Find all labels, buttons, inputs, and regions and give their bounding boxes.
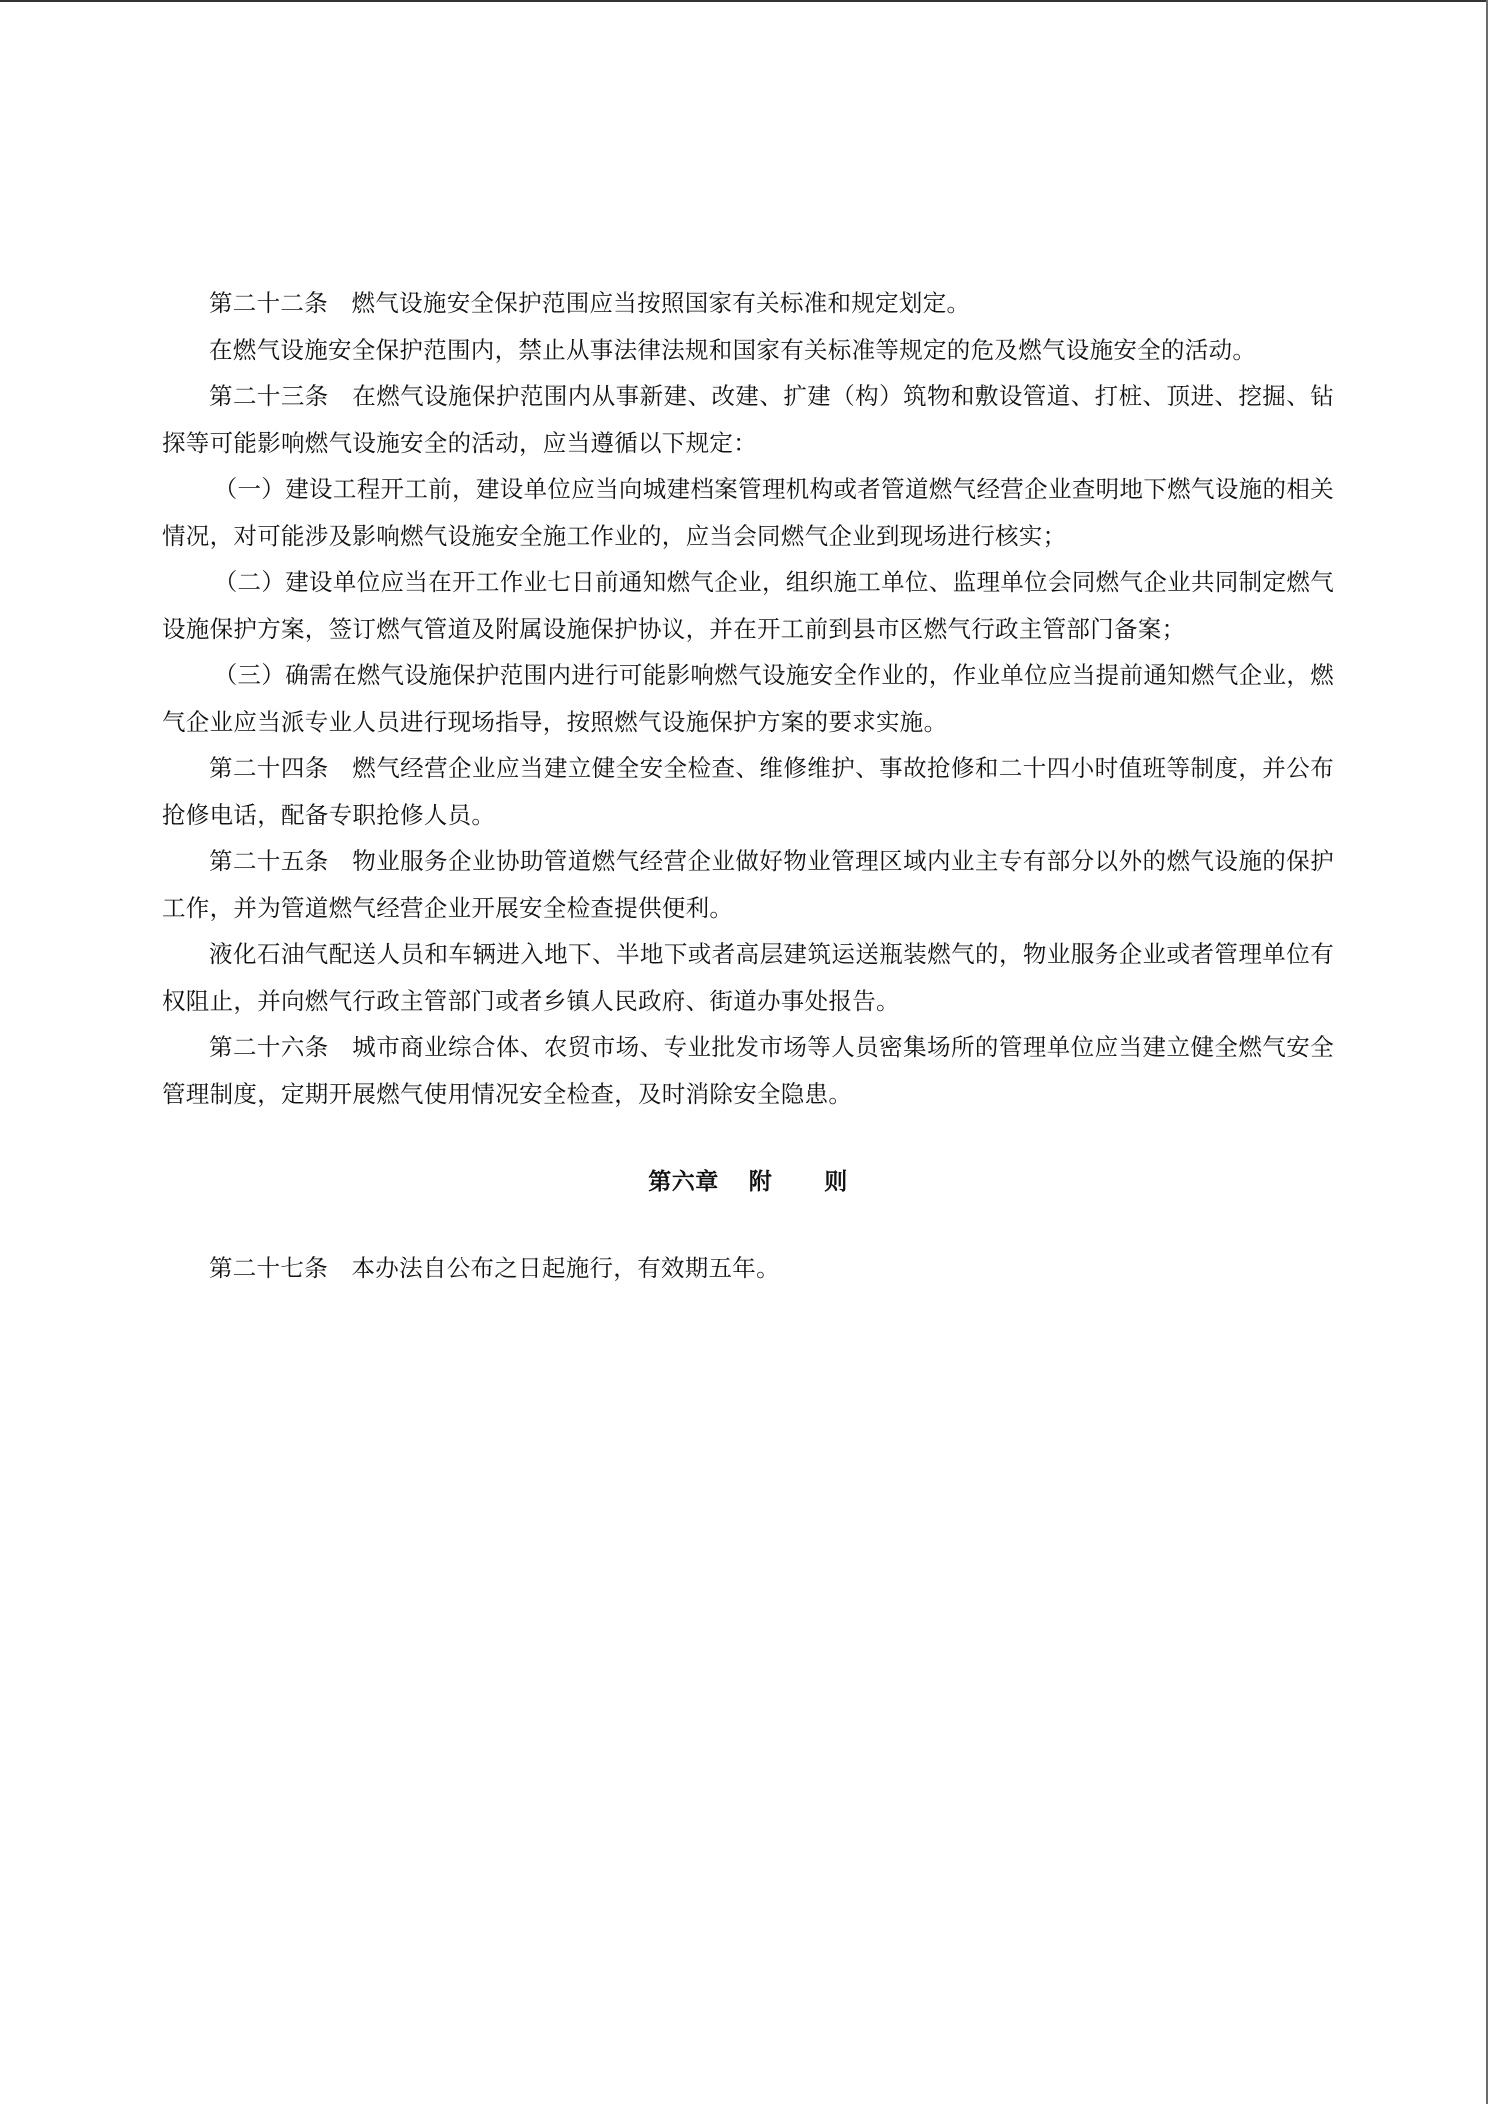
article-number: 第二十六条 bbox=[209, 1033, 329, 1061]
article-text: 燃气经营企业应当建立健全安全检查、维修维护、事故抢修和二十四小时值班等制度，并公… bbox=[162, 754, 1334, 829]
article-22: 第二十二条燃气设施安全保护范围应当按照国家有关标准和规定划定。 bbox=[162, 280, 1334, 327]
article-text: 在燃气设施安全保护范围内，禁止从事法律法规和国家有关标准等规定的危及燃气设施安全… bbox=[209, 336, 1256, 364]
article-23-item-2: （二）建设单位应当在开工作业七日前通知燃气企业，组织施工单位、监理单位会同燃气企… bbox=[162, 559, 1334, 652]
article-27: 第二十七条本办法自公布之日起施行，有效期五年。 bbox=[162, 1245, 1334, 1292]
document-body: 第二十二条燃气设施安全保护范围应当按照国家有关标准和规定划定。 在燃气设施安全保… bbox=[162, 280, 1334, 1292]
article-23-item-3: （三）确需在燃气设施保护范围内进行可能影响燃气设施安全作业的，作业单位应当提前通… bbox=[162, 652, 1334, 745]
article-number: 第二十四条 bbox=[209, 754, 329, 782]
article-text: （一）建设工程开工前，建设单位应当向城建档案管理机构或者管道燃气经营企业查明地下… bbox=[162, 475, 1334, 550]
article-25: 第二十五条物业服务企业协助管道燃气经营企业做好物业管理区域内业主专有部分以外的燃… bbox=[162, 838, 1334, 931]
article-number: 第二十三条 bbox=[209, 382, 329, 410]
chapter-title-part-2: 则 bbox=[824, 1169, 848, 1195]
article-text: 燃气设施安全保护范围应当按照国家有关标准和规定划定。 bbox=[352, 289, 971, 317]
article-text: 物业服务企业协助管道燃气经营企业做好物业管理区域内业主专有部分以外的燃气设施的保… bbox=[162, 847, 1334, 922]
article-number: 第二十二条 bbox=[209, 289, 328, 317]
chapter-heading: 第六章附则 bbox=[162, 1159, 1334, 1205]
article-25-paragraph-2: 液化石油气配送人员和车辆进入地下、半地下或者高层建筑运送瓶装燃气的，物业服务企业… bbox=[162, 931, 1334, 1024]
article-text: 液化石油气配送人员和车辆进入地下、半地下或者高层建筑运送瓶装燃气的，物业服务企业… bbox=[162, 940, 1334, 1015]
article-23-item-1: （一）建设工程开工前，建设单位应当向城建档案管理机构或者管道燃气经营企业查明地下… bbox=[162, 466, 1334, 559]
article-23: 第二十三条在燃气设施保护范围内从事新建、改建、扩建（构）筑物和敷设管道、打桩、顶… bbox=[162, 373, 1334, 466]
article-text: 本办法自公布之日起施行，有效期五年。 bbox=[352, 1254, 780, 1282]
chapter-title-part-1: 附 bbox=[749, 1169, 773, 1195]
article-text: （二）建设单位应当在开工作业七日前通知燃气企业，组织施工单位、监理单位会同燃气企… bbox=[162, 568, 1334, 643]
article-22-paragraph-2: 在燃气设施安全保护范围内，禁止从事法律法规和国家有关标准等规定的危及燃气设施安全… bbox=[162, 327, 1334, 374]
article-number: 第二十五条 bbox=[209, 847, 329, 875]
chapter-number: 第六章 bbox=[648, 1169, 719, 1195]
article-number: 第二十七条 bbox=[209, 1254, 328, 1282]
article-text: （三）确需在燃气设施保护范围内进行可能影响燃气设施安全作业的，作业单位应当提前通… bbox=[162, 661, 1334, 736]
article-text: 在燃气设施保护范围内从事新建、改建、扩建（构）筑物和敷设管道、打桩、顶进、挖掘、… bbox=[162, 382, 1334, 457]
article-text: 城市商业综合体、农贸市场、专业批发市场等人员密集场所的管理单位应当建立健全燃气安… bbox=[162, 1033, 1334, 1108]
page-top-border bbox=[0, 0, 1488, 2]
article-24: 第二十四条燃气经营企业应当建立健全安全检查、维修维护、事故抢修和二十四小时值班等… bbox=[162, 745, 1334, 838]
article-26: 第二十六条城市商业综合体、农贸市场、专业批发市场等人员密集场所的管理单位应当建立… bbox=[162, 1024, 1334, 1117]
